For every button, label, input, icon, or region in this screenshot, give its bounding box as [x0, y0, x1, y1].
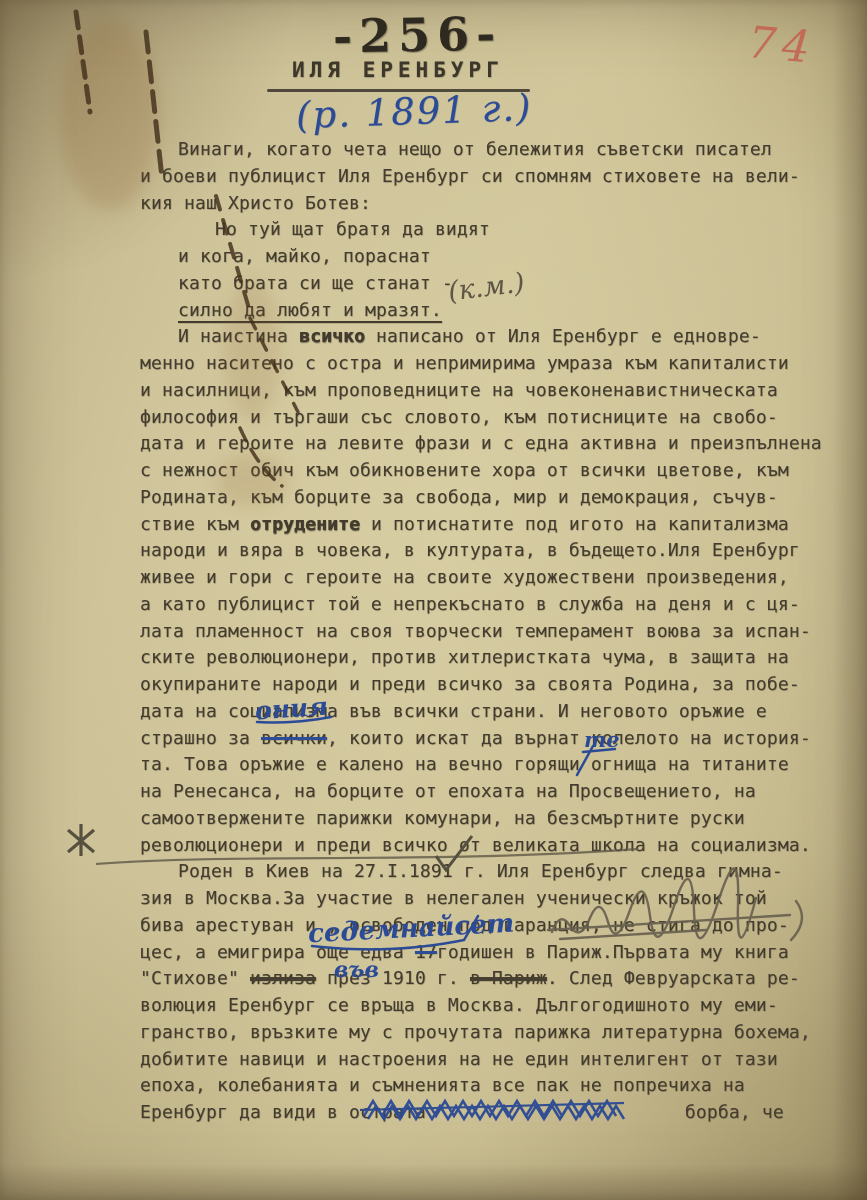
- text-line: народи и вяра в човека, в културата, в б…: [140, 538, 800, 565]
- typed-segment: силно да любят и мразят.: [178, 300, 442, 321]
- text-line: ските революционери, против хитлеристкат…: [140, 645, 789, 672]
- text-line: страшно за всички, които искат да върнат…: [140, 726, 811, 753]
- struck-word: 17: [415, 942, 437, 963]
- typed-segment: философия и търгаши със словото, към пот…: [140, 407, 778, 428]
- typed-segment: Родината, към борците за свобода, мир и …: [140, 487, 778, 508]
- handwritten-insert-vav: във: [334, 957, 379, 983]
- typed-segment: волюция Еренбург се връща в Москва. Дълг…: [140, 995, 778, 1016]
- text-line: дата и героите на левите фрази и с една …: [140, 431, 822, 458]
- typed-segment: ските революционери, против хитлеристкат…: [140, 647, 789, 668]
- struck-word: в Париж: [470, 968, 547, 989]
- typed-segment: и кога, майко, пораснат: [178, 246, 431, 267]
- text-line: философия и търгаши със словото, към пот…: [140, 405, 778, 432]
- struck-word: излиза: [250, 968, 316, 989]
- typed-segment: и потиснатите под игото на капитализма: [360, 514, 789, 535]
- text-line: кия наш Христо Ботев:: [140, 191, 371, 218]
- typed-segment: . След Февруарската ре-: [547, 968, 800, 989]
- text-line: епоха, колебанията и съмненията все пак …: [140, 1073, 745, 1100]
- text-line: добитите навици и настроения на не един …: [140, 1047, 778, 1074]
- typed-segment: та. Това оръжие е калено на вечно горящи…: [140, 754, 789, 775]
- text-line: та. Това оръжие е калено на вечно горящи…: [140, 752, 789, 779]
- text-line: волюция Еренбург се връща в Москва. Дълг…: [140, 993, 778, 1020]
- typescript-page: -256- 74 ИЛЯ ЕРЕНБУРГ Винаги, когато чет…: [0, 0, 867, 1200]
- text-line: И наистина всичко написано от Иля Еренбу…: [178, 324, 761, 351]
- text-line: "Стихове" излиза през 1910 г. в Париж. С…: [140, 966, 800, 993]
- typed-segment: кия наш Христо Ботев:: [140, 193, 371, 214]
- text-line: на Ренесанса, на борците от епохата на П…: [140, 779, 756, 806]
- text-line: самоотвержените парижки комунари, на без…: [140, 806, 745, 833]
- text-line: Еренбург да види в острата борба, че: [140, 1100, 784, 1127]
- document-title: ИЛЯ ЕРЕНБУРГ: [292, 58, 504, 82]
- text-line: лата пламенност на своя творчески темпер…: [140, 619, 811, 646]
- typed-segment: и насилници, към проповедниците на човек…: [140, 380, 778, 401]
- typed-segment: страшно за: [140, 728, 261, 749]
- typed-segment: добитите навици и настроения на не един …: [140, 1049, 778, 1070]
- text-line: и кога, майко, пораснат: [178, 244, 431, 271]
- typed-segment: гранство, връзките му с прочутата парижк…: [140, 1022, 811, 1043]
- typed-segment: Но туй щат братя да видят: [215, 219, 490, 240]
- text-line: менно наситено с остра и непримирима умр…: [140, 351, 789, 378]
- typed-segment: "Стихове": [140, 968, 250, 989]
- typed-segment: лата пламенност на своя творчески темпер…: [140, 621, 811, 642]
- text-line: а като публицист той е непрекъснато в сл…: [140, 592, 800, 619]
- typed-segment: епоха, колебанията и съмненията все пак …: [140, 1075, 745, 1096]
- text-line: ствие към отрудените и потиснатите под и…: [140, 512, 789, 539]
- typed-word-emphasis: отрудените: [250, 514, 360, 535]
- text-line: Родината, към борците за свобода, мир и …: [140, 485, 778, 512]
- typed-segment: самоотвержените парижки комунари, на без…: [140, 808, 745, 829]
- text-line: цес, а емигрира още едва 17годишен в Пар…: [140, 940, 789, 967]
- text-line: и насилници, към проповедниците на човек…: [140, 378, 778, 405]
- typed-segment: с нежност обич към обикновените хора от …: [140, 460, 789, 481]
- text-line: и боеви публицист Иля Еренбург си спомня…: [140, 164, 800, 191]
- text-line: Роден в Киев на 27.I.1891 г. Иля Еренбур…: [178, 859, 783, 886]
- text-line: революционери и преди всичко от великата…: [140, 833, 811, 860]
- typed-segment: Винаги, когато чета нещо от бележития съ…: [178, 139, 772, 160]
- handwritten-correction-onija: ония: [254, 691, 329, 725]
- typed-segment: годишен в Париж.Първата му книга: [437, 942, 789, 963]
- text-line: като брата си ще станат -: [178, 271, 453, 298]
- text-line: с нежност обич към обикновените хора от …: [140, 458, 789, 485]
- typed-segment: ствие към: [140, 514, 250, 535]
- text-line: Но туй щат братя да видят: [215, 217, 490, 244]
- folio-number: 74: [746, 17, 818, 74]
- typed-segment: революционери и преди всичко от великата…: [140, 835, 811, 856]
- struck-word: всички: [261, 728, 327, 749]
- typed-segment: дата и героите на левите фрази и с една …: [140, 433, 822, 454]
- text-line: гранство, връзките му с прочутата парижк…: [140, 1020, 811, 1047]
- typed-segment: а като публицист той е непрекъснато в сл…: [140, 594, 800, 615]
- text-line: Винаги, когато чета нещо от бележития съ…: [178, 137, 772, 164]
- text-line: зия в Москва.За участие в нелегален учен…: [140, 886, 767, 913]
- typed-segment: , които искат да върнат колелото на исто…: [327, 728, 811, 749]
- typed-segment: на Ренесанса, на борците от епохата на П…: [140, 781, 756, 802]
- typed-segment: менно наситено с остра и непримирима умр…: [140, 353, 789, 374]
- text-line: силно да любят и мразят.: [178, 298, 442, 325]
- typed-segment: окупираните народи и преди всичко за сво…: [140, 674, 800, 695]
- typed-segment: Роден в Киев на 27.I.1891 г. Иля Еренбур…: [178, 861, 783, 882]
- text-line: окупираните народи и преди всичко за сво…: [140, 672, 800, 699]
- handwritten-km-note: (к.м.): [446, 267, 526, 307]
- typed-segment: и боеви публицист Иля Еренбург си спомня…: [140, 166, 800, 187]
- handwritten-insert-te: те: [584, 727, 620, 752]
- text-line: живее и гори с героите на своите художес…: [140, 565, 789, 592]
- typed-segment: Еренбург да види в острата: [140, 1102, 437, 1123]
- typed-segment: живее и гори с героите на своите художес…: [140, 567, 789, 588]
- typed-segment: народи и вяра в човека, в културата, в б…: [140, 540, 800, 561]
- typed-segment: като брата си ще станат -: [178, 273, 453, 294]
- typed-segment: дата на социализма във всички страни. И …: [140, 701, 767, 722]
- page-number: -256-: [333, 7, 503, 64]
- typed-segment: И наистина: [178, 326, 299, 347]
- typed-segment: написано от Иля Еренбург е едновре-: [365, 326, 761, 347]
- handwritten-birth-note: (р. 1891 г.): [295, 86, 533, 137]
- text-line: дата на социализма във всички страни. И …: [140, 699, 767, 726]
- typed-segment: борба, че: [674, 1102, 784, 1123]
- typed-segment: зия в Москва.За участие в нелегален учен…: [140, 888, 767, 909]
- typed-word-emphasis: всичко: [299, 326, 365, 347]
